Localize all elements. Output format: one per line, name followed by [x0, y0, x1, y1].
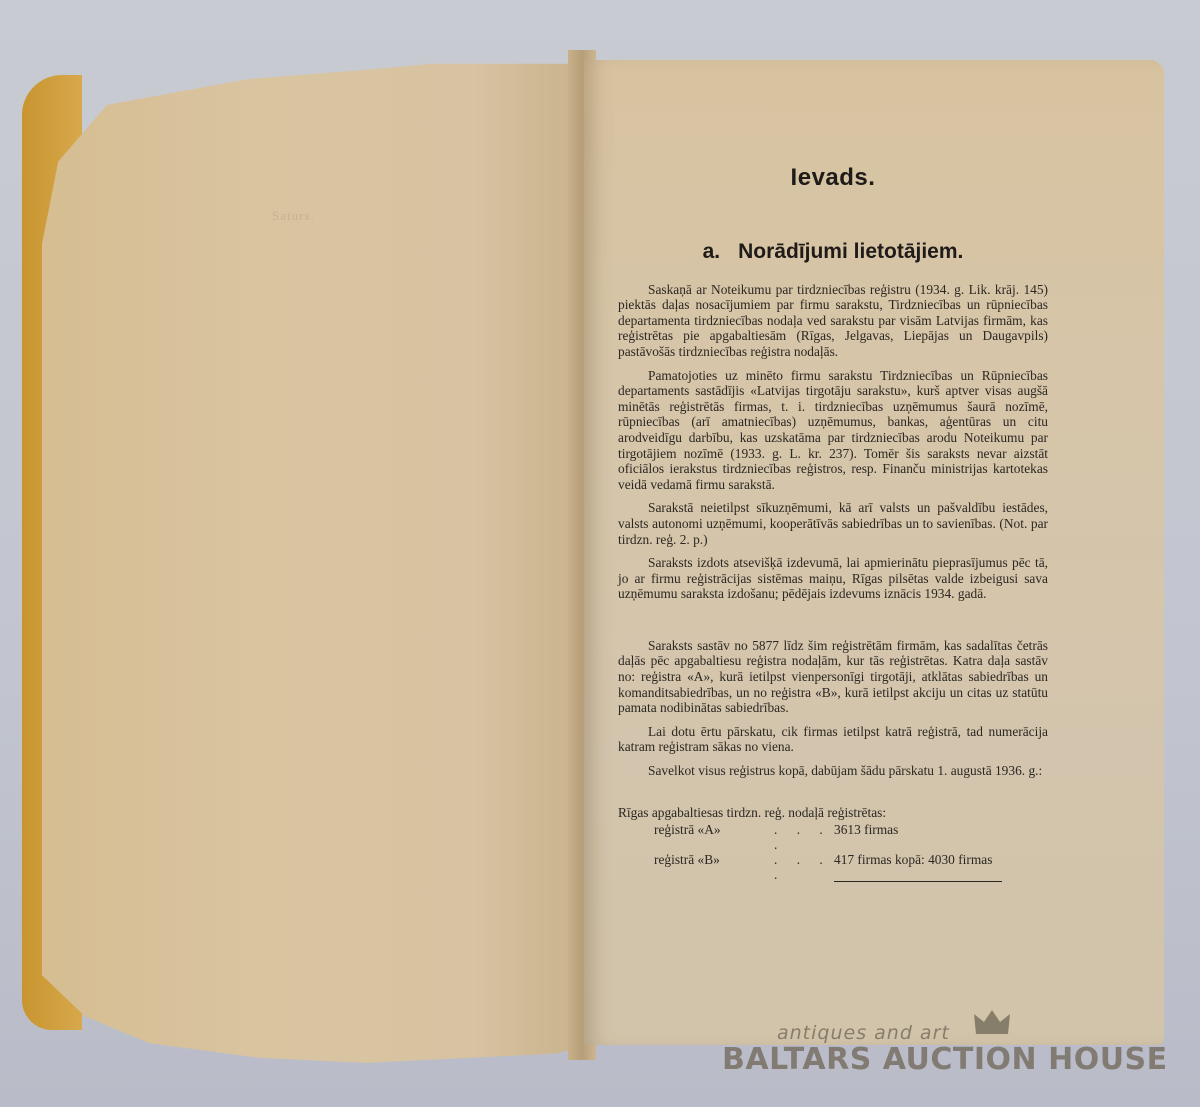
- page-content: Ievads. a.Norādījumi lietotājiem. Saskaņ…: [618, 240, 1048, 882]
- section-heading: a.Norādījumi lietotājiem.: [618, 244, 1048, 260]
- paragraph: Saraksts izdots atsevišķā izdevumā, lai …: [618, 555, 1048, 602]
- summary-heading: Rīgas apgabaltiesas tirdzn. reģ. nodaļā …: [618, 805, 1048, 821]
- section-title: Norādījumi lietotājiem.: [738, 240, 963, 263]
- row-leader-dots: . . . .: [774, 852, 834, 882]
- row-value: 3613 firmas: [834, 822, 898, 852]
- paragraph: Sarakstā neietilpst sīkuzņēmumi, kā arī …: [618, 500, 1048, 547]
- paragraph: Saskaņā ar Noteikumu par tirdzniecības r…: [618, 282, 1048, 360]
- left-page-show-through-text: Saturs.: [272, 208, 315, 224]
- watermark-name: BALTARS AUCTION HOUSE: [722, 1042, 1168, 1077]
- registry-summary: Rīgas apgabaltiesas tirdzn. reģ. nodaļā …: [618, 805, 1048, 883]
- section-separator: [618, 610, 1048, 638]
- section-letter: a.: [703, 240, 721, 263]
- row-value: 417 firmas kopā: 4030 firmas: [834, 852, 1002, 882]
- summary-row: reģistrā «B» . . . . 417 firmas kopā: 40…: [618, 852, 1048, 882]
- row-leader-dots: . . . .: [774, 822, 834, 852]
- page-title: Ievads.: [618, 170, 1048, 186]
- paragraph: Savelkot visus reģistrus kopā, dabūjam š…: [618, 763, 1048, 779]
- summary-row: reģistrā «A» . . . . 3613 firmas: [618, 822, 1048, 852]
- left-page: Saturs.: [42, 38, 582, 1068]
- row-label: reģistrā «A»: [654, 822, 774, 852]
- paragraph: Pamatojoties uz minēto firmu sarakstu Ti…: [618, 368, 1048, 493]
- paragraph: Saraksts sastāv no 5877 līdz šim reģistr…: [618, 638, 1048, 716]
- row-label: reģistrā «B»: [654, 852, 774, 882]
- watermark-tagline: antiques and art: [777, 1022, 950, 1044]
- paragraph: Lai dotu ērtu pārskatu, cik firmas ietil…: [618, 724, 1048, 755]
- crown-icon: [972, 1008, 1012, 1038]
